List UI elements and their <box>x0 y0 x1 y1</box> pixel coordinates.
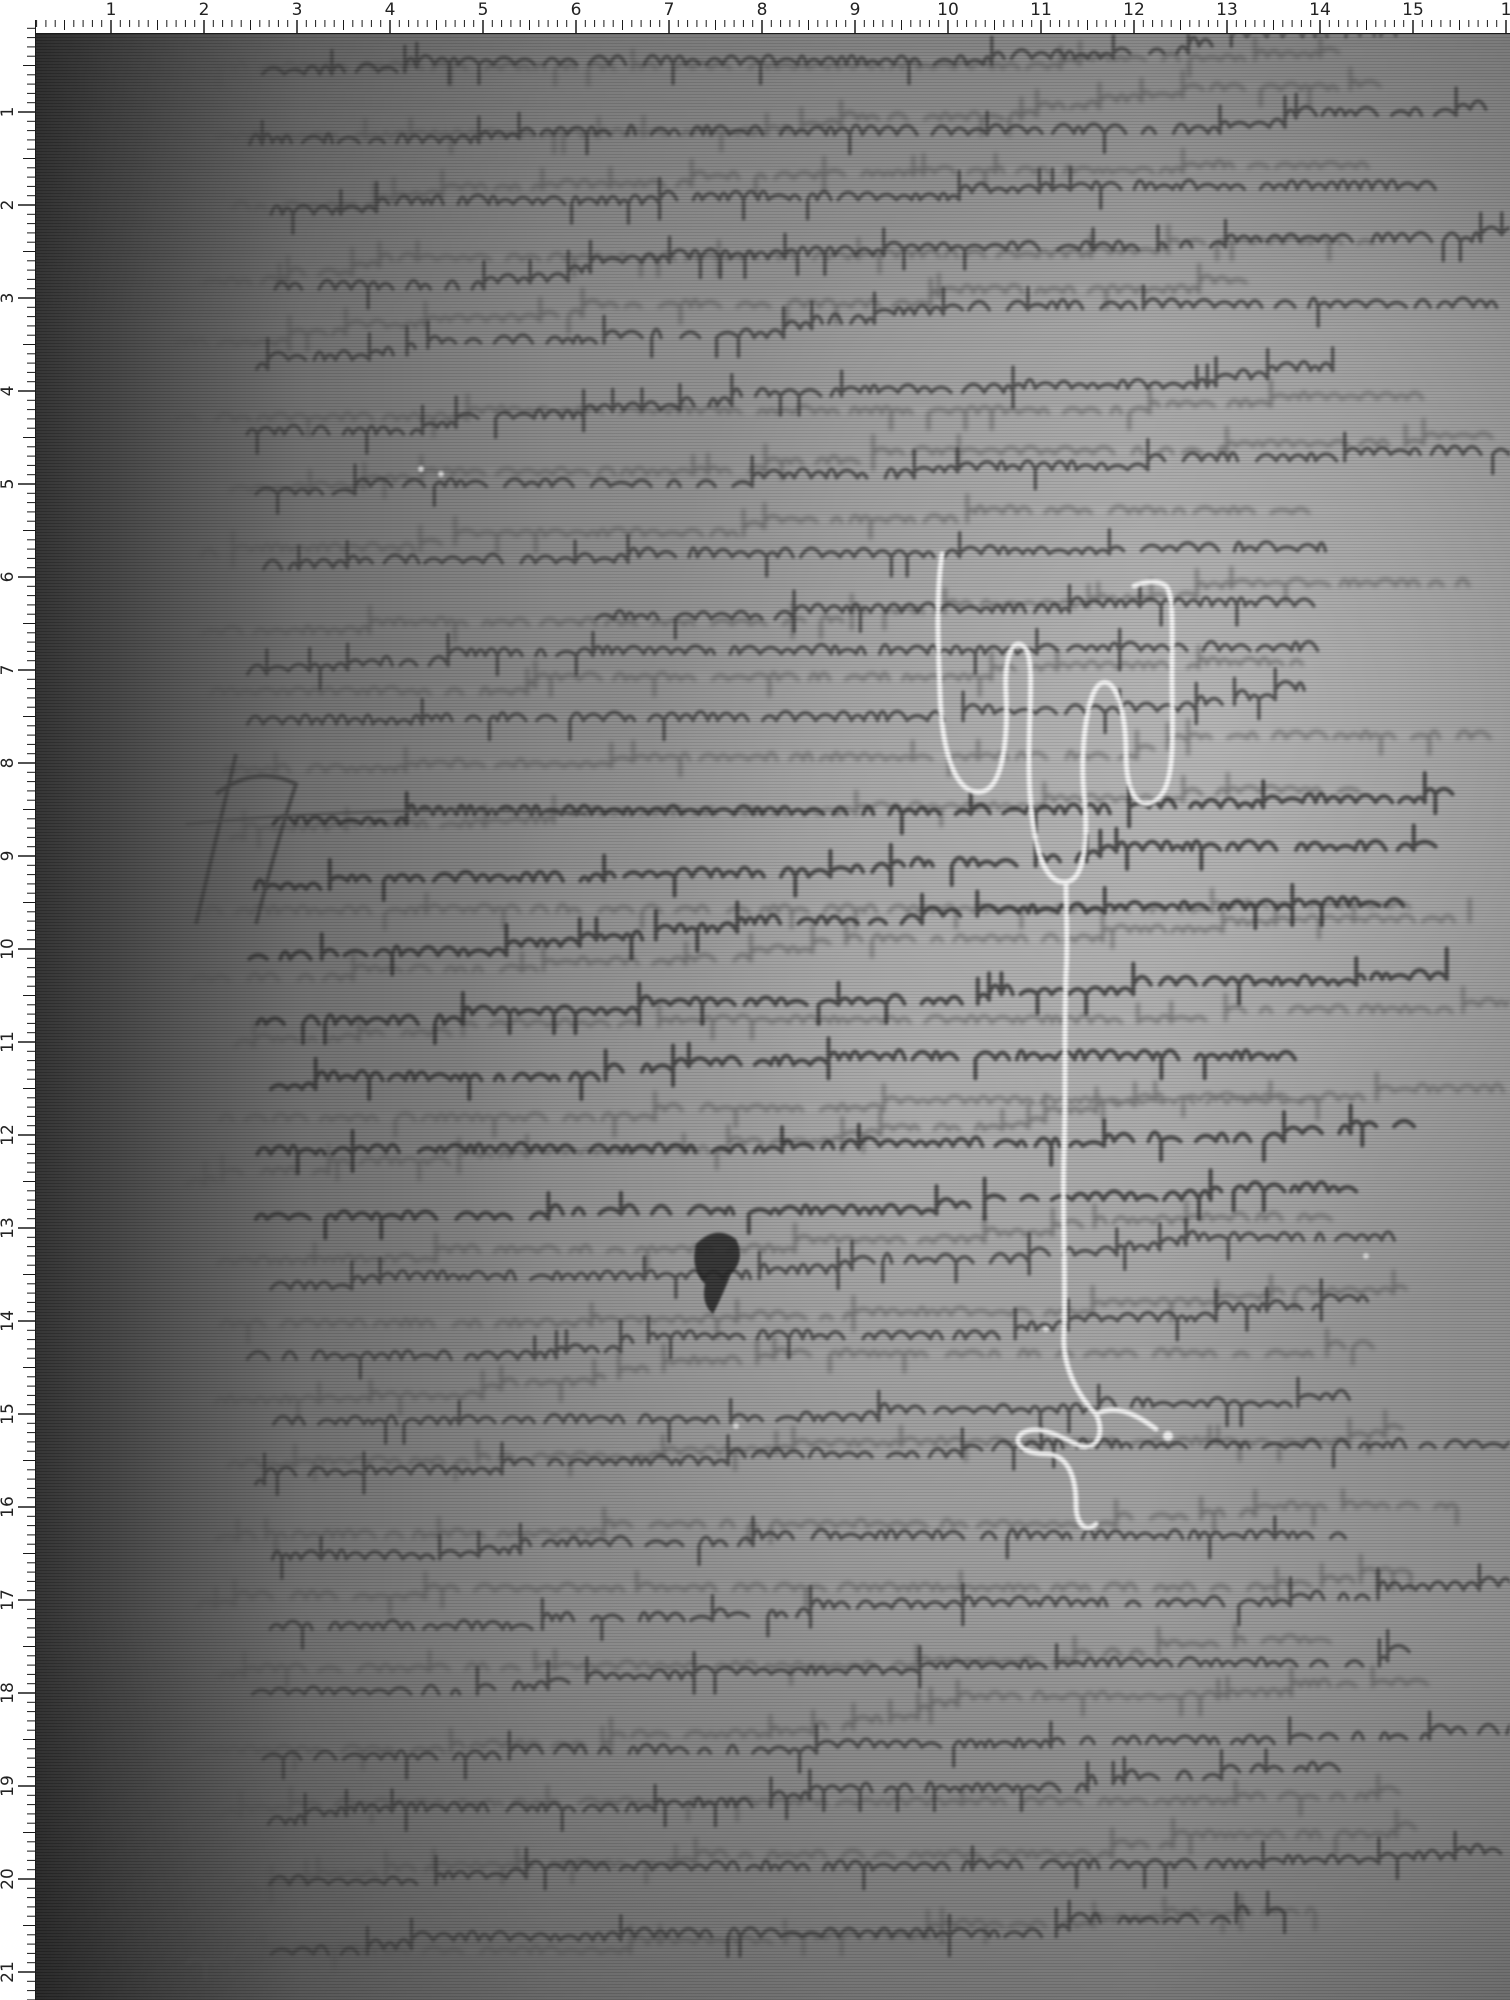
top-ruler-label: 1 <box>106 0 117 20</box>
top-ruler-label: 4 <box>385 0 396 20</box>
left-ruler-label: 19 <box>0 1775 18 1797</box>
top-ruler: 01234567891011121314151 <box>0 0 1510 34</box>
left-ruler-label: 16 <box>0 1496 18 1518</box>
left-ruler-label: 6 <box>0 572 18 583</box>
left-ruler-label: 4 <box>0 386 18 397</box>
top-ruler-label: 12 <box>1123 0 1145 20</box>
left-ruler: 123456789101112131415161718192021 <box>0 0 36 2000</box>
top-ruler-label: 8 <box>757 0 768 20</box>
top-ruler-label: 11 <box>1030 0 1052 20</box>
top-ruler-scale: 01234567891011121314151 <box>0 0 1510 34</box>
white-wavy-marking <box>36 34 1510 2000</box>
left-ruler-label: 3 <box>0 293 18 304</box>
left-ruler-label: 20 <box>0 1868 18 1890</box>
left-ruler-label: 14 <box>0 1310 18 1332</box>
left-ruler-label: 1 <box>0 107 18 118</box>
left-ruler-label: 9 <box>0 851 18 862</box>
left-ruler-label: 18 <box>0 1682 18 1704</box>
manuscript-scan <box>36 34 1510 2000</box>
left-ruler-label: 17 <box>0 1589 18 1611</box>
left-ruler-label: 8 <box>0 758 18 769</box>
top-ruler-label: 9 <box>850 0 861 20</box>
top-ruler-label: 14 <box>1309 0 1331 20</box>
top-ruler-label: 7 <box>664 0 675 20</box>
top-ruler-label: 15 <box>1402 0 1424 20</box>
top-ruler-label: 6 <box>571 0 582 20</box>
top-ruler-label: 5 <box>478 0 489 20</box>
left-ruler-label: 10 <box>0 938 18 960</box>
top-ruler-label: 2 <box>199 0 210 20</box>
top-ruler-label: 3 <box>292 0 303 20</box>
left-ruler-label: 12 <box>0 1124 18 1146</box>
top-ruler-label: 13 <box>1216 0 1238 20</box>
left-ruler-label: 21 <box>0 1961 18 1983</box>
left-ruler-label: 5 <box>0 479 18 490</box>
left-ruler-label: 13 <box>0 1217 18 1239</box>
left-ruler-label: 7 <box>0 665 18 676</box>
left-ruler-label: 2 <box>0 200 18 211</box>
top-ruler-label: 1 <box>1501 0 1510 20</box>
top-ruler-label: 10 <box>937 0 959 20</box>
left-ruler-label: 11 <box>0 1031 18 1053</box>
left-ruler-scale: 123456789101112131415161718192021 <box>0 0 36 2000</box>
left-ruler-label: 15 <box>0 1403 18 1425</box>
